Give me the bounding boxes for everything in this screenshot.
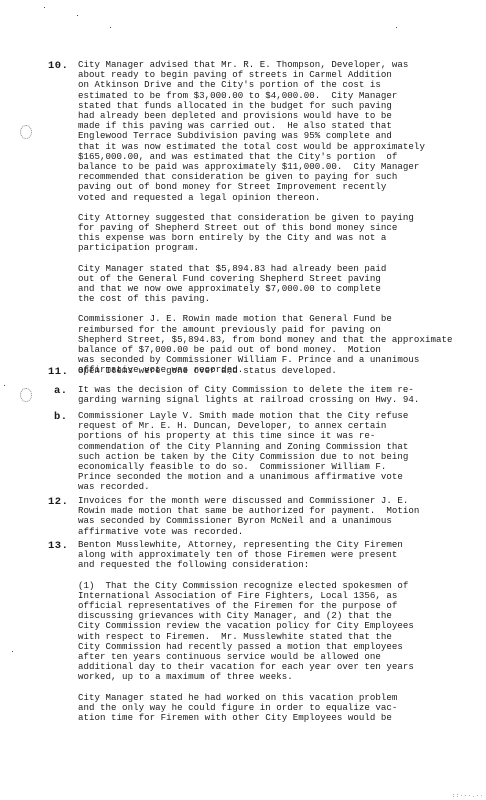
scan-speck — [12, 651, 13, 652]
item-number: 10. — [48, 60, 78, 72]
item-letter: b. — [54, 411, 84, 423]
scan-speck — [396, 27, 397, 28]
document-page: 10. City Manager advised that Mr. R. E. … — [0, 0, 486, 800]
item-paragraph: City Attorney suggested that considerati… — [78, 213, 468, 254]
item-paragraph: Invoices for the month were discussed an… — [78, 496, 468, 537]
scan-speck — [110, 27, 111, 28]
page-footer-mark: ::·-·.·· — [452, 793, 484, 799]
item-number: 11. — [48, 366, 78, 378]
item-paragraph: Open Items were gone over and status dev… — [78, 366, 468, 376]
item-paragraph: Benton Musslewhite, Attorney, representi… — [78, 540, 468, 571]
minutes-item-11b: b. Commissioner Layle V. Smith made moti… — [48, 411, 468, 493]
minutes-item-10: 10. City Manager advised that Mr. R. E. … — [48, 60, 468, 376]
scan-speck — [44, 7, 45, 8]
minutes-item-11: 11. Open Items were gone over and status… — [48, 366, 468, 376]
minutes-item-11a: a. It was the decision of City Commissio… — [48, 385, 468, 405]
scan-speck — [77, 15, 78, 16]
item-letter: a. — [54, 385, 84, 397]
item-paragraph: It was the decision of City Commission t… — [78, 385, 468, 405]
item-number: 13. — [48, 540, 78, 552]
item-paragraph: City Manager stated that $5,894.83 had a… — [78, 264, 468, 305]
item-number: 12. — [48, 496, 78, 508]
minutes-item-13: 13. Benton Musslewhite, Attorney, repres… — [48, 540, 468, 723]
binder-hole-mark — [20, 125, 32, 139]
scan-speck — [4, 385, 5, 386]
item-paragraph: Commissioner Layle V. Smith made motion … — [78, 411, 468, 493]
minutes-item-12: 12. Invoices for the month were discusse… — [48, 496, 468, 537]
item-paragraph: City Manager advised that Mr. R. E. Thom… — [78, 60, 468, 203]
item-paragraph: City Manager stated he had worked on thi… — [78, 693, 468, 724]
item-paragraph: (1) That the City Commission recognize e… — [78, 581, 468, 683]
binder-hole-mark — [20, 388, 32, 402]
